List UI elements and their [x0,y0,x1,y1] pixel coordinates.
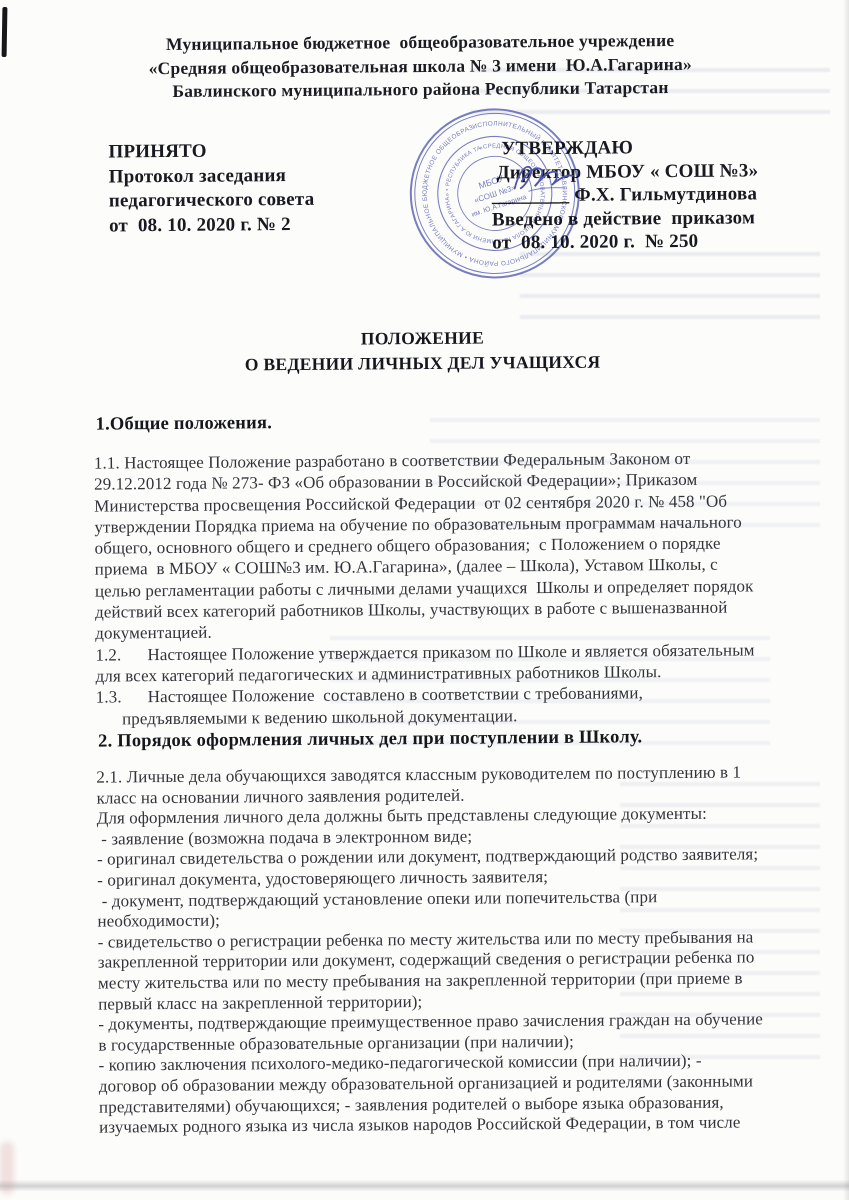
institution-header: Муниципальное бюджетное общеобразователь… [0,28,845,105]
section-2-heading: 2. Порядок оформления личных дел при пос… [98,727,642,752]
scanned-document-page: Муниципальное бюджетное общеобразователь… [0,0,849,1200]
scan-edge-mark [2,7,8,57]
document-title: ПОЛОЖЕНИЕ О ВЕДЕНИИ ЛИЧНЫХ ДЕЛ УЧАЩИХСЯ [0,323,847,380]
director-signature [509,158,585,201]
scan-content: Муниципальное бюджетное общеобразователь… [0,0,849,1200]
scan-bottom-shadow [0,1180,849,1191]
section-2-body: 2.1. Личные дела обучающихся заводятся к… [96,762,764,1138]
section-1-heading: 1.Общие положения. [96,413,273,435]
scan-right-shadow [843,0,849,1200]
section-1-body: 1.1. Настоящее Положение разработано в с… [94,447,755,729]
scan-smudge [0,1142,14,1194]
accepted-block: ПРИНЯТО Протокол заседания педагогическо… [108,139,314,239]
